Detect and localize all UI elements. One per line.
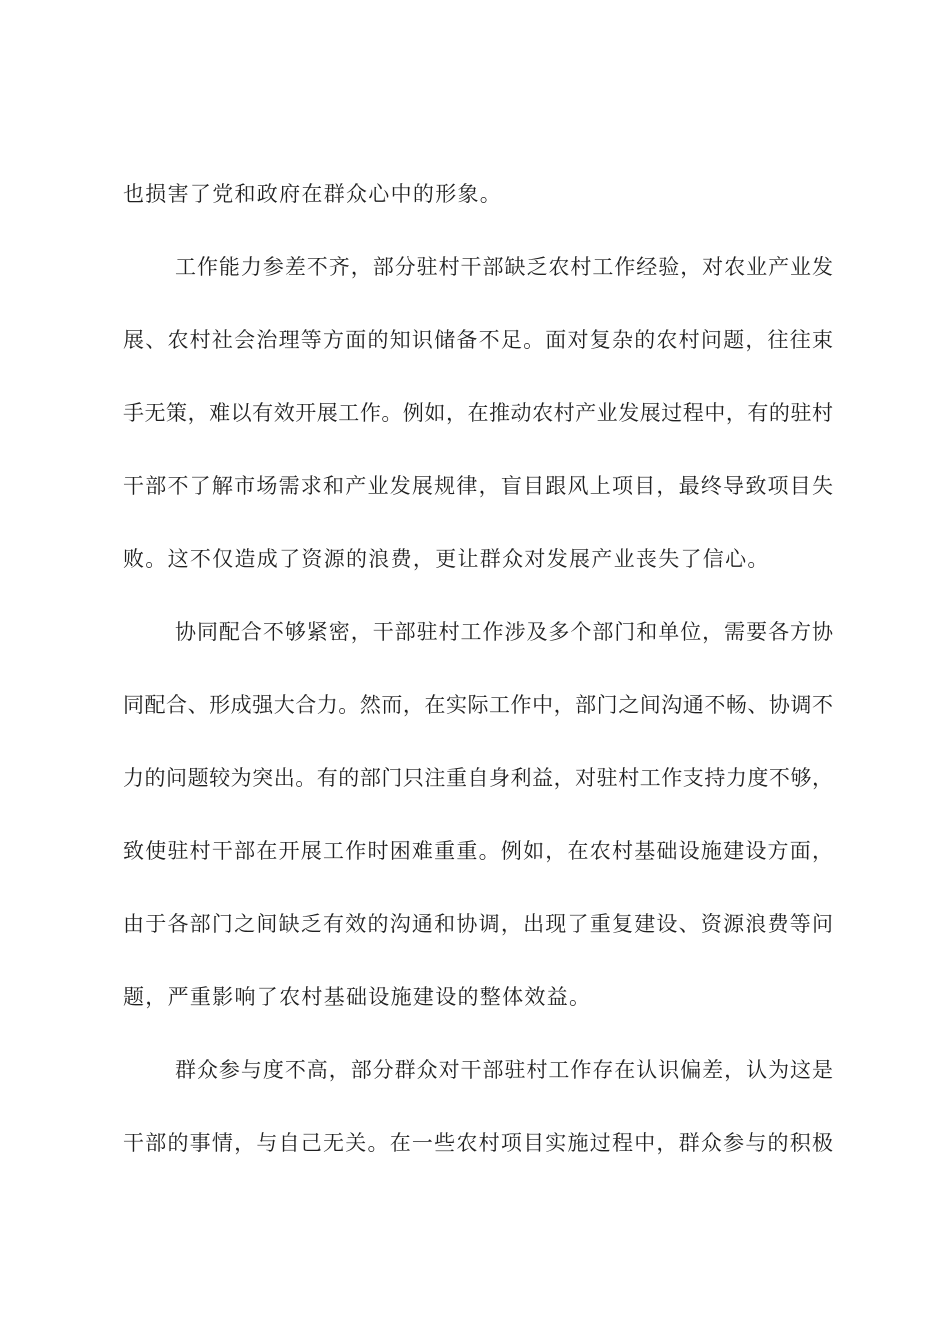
text-line: 干部不了解市场需求和产业发展规律，盲目跟风上项目，最终导致项目失 [123, 450, 833, 523]
text-line: 败。这不仅造成了资源的浪费，更让群众对发展产业丧失了信心。 [123, 523, 833, 596]
text-line: 力的问题较为突出。有的部门只注重自身利益，对驻村工作支持力度不够， [123, 742, 833, 815]
text-line: 同配合、形成强大合力。然而，在实际工作中，部门之间沟通不畅、协调不 [123, 669, 833, 742]
text-line: 致使驻村干部在开展工作时困难重重。例如，在农村基础设施建设方面， [123, 815, 833, 888]
text-line: 也损害了党和政府在群众心中的形象。 [123, 158, 833, 231]
text-line: 工作能力参差不齐，部分驻村干部缺乏农村工作经验，对农业产业发 [123, 231, 833, 304]
text-line: 由于各部门之间缺乏有效的沟通和协调，出现了重复建设、资源浪费等问 [123, 888, 833, 961]
document-body: 也损害了党和政府在群众心中的形象。工作能力参差不齐，部分驻村干部缺乏农村工作经验… [123, 158, 833, 1180]
text-line: 题，严重影响了农村基础设施建设的整体效益。 [123, 961, 833, 1034]
text-line: 手无策，难以有效开展工作。例如，在推动农村产业发展过程中，有的驻村 [123, 377, 833, 450]
text-line: 展、农村社会治理等方面的知识储备不足。面对复杂的农村问题，往往束 [123, 304, 833, 377]
text-line: 群众参与度不高，部分群众对干部驻村工作存在认识偏差，认为这是 [123, 1034, 833, 1107]
text-line: 协同配合不够紧密，干部驻村工作涉及多个部门和单位，需要各方协 [123, 596, 833, 669]
text-line: 干部的事情，与自己无关。在一些农村项目实施过程中，群众参与的积极 [123, 1107, 833, 1180]
document-page: 也损害了党和政府在群众心中的形象。工作能力参差不齐，部分驻村干部缺乏农村工作经验… [0, 0, 950, 1344]
